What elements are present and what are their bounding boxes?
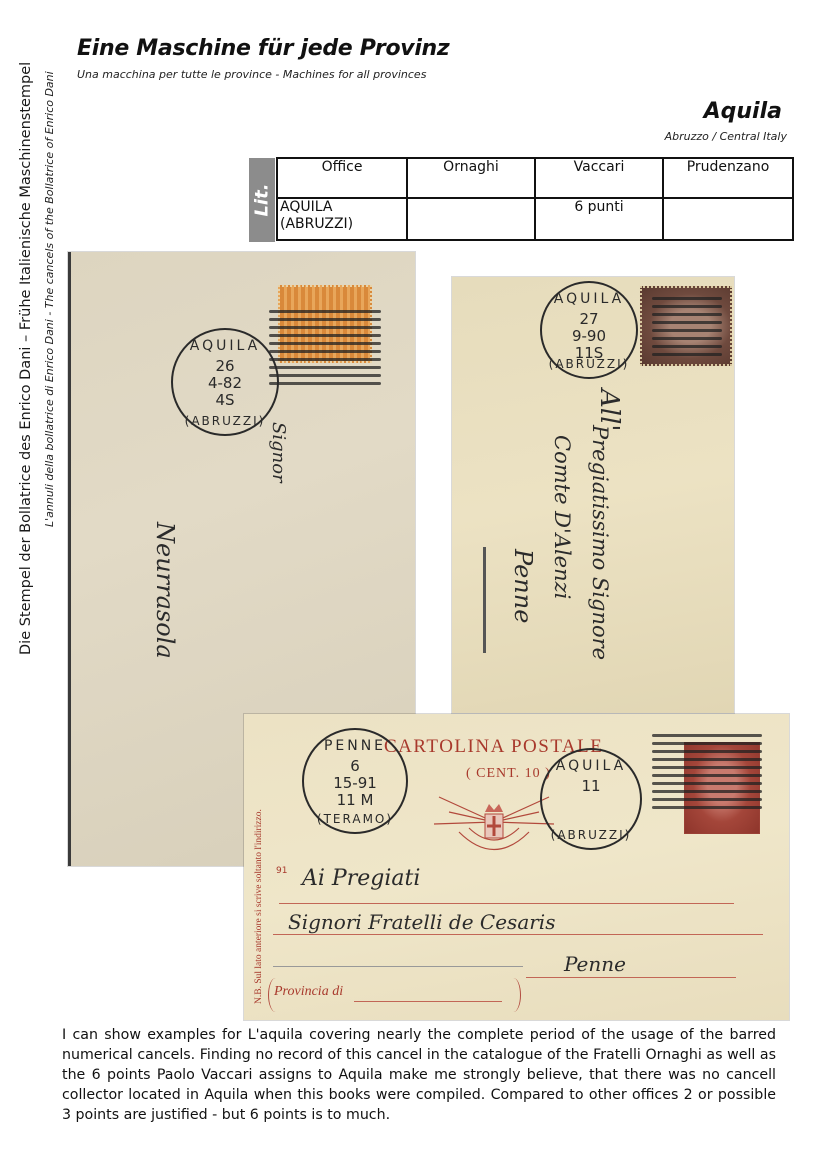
postcard-printed-value: ( CENT. 10 ): [466, 766, 551, 782]
barred-cancel: [269, 310, 381, 390]
page-subtitle: Una macchina per tutte le province - Mac…: [77, 68, 426, 81]
table-row: AQUILA (ABRUZZI) 6 punti: [277, 198, 793, 240]
postmark-aquila-1882: AQUILA 26 4-82 4S (ABRUZZI): [171, 328, 279, 436]
table-header-row: Office Ornaghi Vaccari Prudenzano: [277, 158, 793, 198]
handwriting-line: Neurrasola: [151, 522, 179, 659]
handwriting-line: Signori Fratelli de Cesaris: [288, 910, 555, 934]
cell-ornaghi: [407, 198, 535, 240]
cell-prudenzano: [663, 198, 793, 240]
description-paragraph: I can show examples for L'aquila coverin…: [62, 1025, 776, 1125]
column-header-prudenzano: Prudenzano: [663, 158, 793, 198]
handwriting-line: Penne: [509, 549, 537, 623]
series-title-vertical: Die Stempel der Bollatrice des Enrico Da…: [18, 35, 34, 655]
cell-vaccari: 6 punti: [535, 198, 663, 240]
postmark-aquila-1890: AQUILA 27 9-90 11S (ABRUZZI): [540, 281, 638, 379]
handwriting-line: Comte D'Alenzi: [550, 435, 574, 599]
series-subtitle-vertical: L'annuli della bollatrice di Enrico Dani…: [43, 71, 56, 527]
place-heading: Aquila: [704, 99, 782, 124]
postmark-penne: PENNE 6 15-91 11 M (TERAMO): [302, 728, 408, 834]
literature-label: Lit.: [249, 158, 275, 242]
postmark-aquila-arrival: AQUILA 11 (ABRUZZI): [540, 748, 642, 850]
postcard-image: N.B. Sul lato anteriore si scrive soltan…: [244, 714, 789, 1020]
cell-office: AQUILA (ABRUZZI): [277, 198, 407, 240]
page-title: Eine Maschine für jede Provinz: [77, 36, 449, 61]
column-header-vaccari: Vaccari: [535, 158, 663, 198]
catalogue-table: Office Ornaghi Vaccari Prudenzano AQUILA…: [276, 157, 794, 241]
barred-cancel: [652, 297, 722, 361]
handwriting-line: Penne: [564, 952, 626, 976]
handwriting-line: Signor: [268, 422, 289, 483]
column-header-ornaghi: Ornaghi: [407, 158, 535, 198]
underline-stroke: [483, 547, 486, 653]
region-label: Abruzzo / Central Italy: [665, 130, 787, 143]
handwriting-line: Pregiatissimo Signore: [588, 425, 612, 660]
postcard-province-label: Provincia di: [274, 984, 343, 1000]
handwriting-line: Ai Pregiati: [302, 866, 420, 891]
column-header-office: Office: [277, 158, 407, 198]
cover-2-image: AQUILA 27 9-90 11S (ABRUZZI) All' Pregia…: [452, 277, 734, 713]
barred-cancel: [652, 734, 762, 814]
